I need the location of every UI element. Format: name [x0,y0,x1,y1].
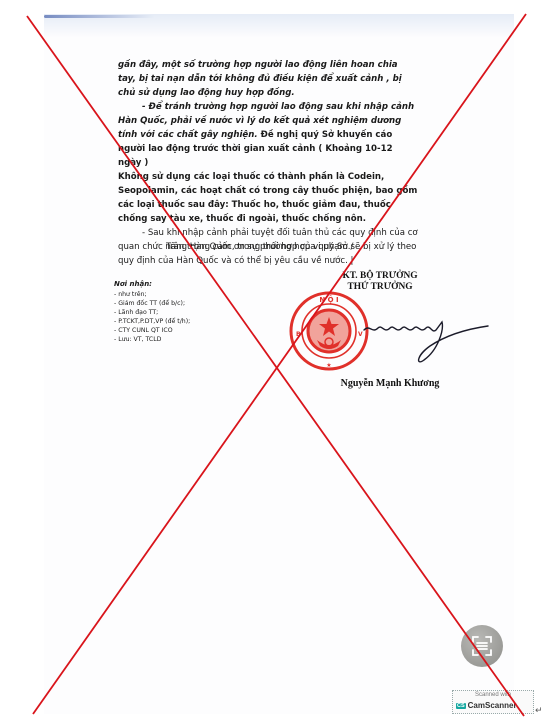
scan-edge-streak [44,15,154,18]
paragraph-1: gần đây, một số trường hợp người lao độn… [118,58,418,100]
scanned-with-label: Scanned with [453,692,533,698]
signature-title-line1: KT. BỘ TRƯỞNG [320,271,440,282]
recipients-list: Nơi nhận: - như trên; - Giám đốc TT (để … [114,280,190,344]
recipient-item: - P.TCKT,P.DT,VP (để t/h); [114,317,190,326]
camscanner-brand: CS CamScanner [456,701,517,710]
paragraph-3: Không sử dụng các loại thuốc có thành ph… [118,170,418,226]
handwritten-signature-icon [360,300,490,370]
recipient-item: - Lưu: VT, TCLD [114,335,190,344]
svg-text:B: B [296,331,301,338]
paragraph-2: - Để tránh trường hợp người lao động sau… [118,100,418,170]
recipient-item: - như trên; [114,290,190,299]
recipient-item: - CTY CUNL QT ICO [114,326,190,335]
camscanner-label: CamScanner [468,701,517,710]
scan-icon [471,635,493,657]
closing-line: Trân trọng cảm ơn sự phối hợp của quý Sở… [166,242,353,252]
recipients-title: Nơi nhận: [114,280,190,289]
paragraph-return-icon: ↵ [535,706,543,716]
signer-name: Nguyễn Mạnh Khương [320,378,460,389]
recipient-item: - Lãnh đạo TT; [114,308,190,317]
camscanner-logo-icon: CS [456,703,466,709]
recipient-item: - Giám đốc TT (để b/c); [114,299,190,308]
scan-button[interactable] [461,625,503,667]
camscanner-watermark: Scanned with CS CamScanner [452,690,534,714]
svg-text:★: ★ [326,362,331,369]
official-stamp-icon: N Ộ I ★ B V [288,290,370,372]
document-body: gần đây, một số trường hợp người lao độn… [118,58,418,268]
svg-text:N Ộ I: N Ộ I [319,295,338,304]
